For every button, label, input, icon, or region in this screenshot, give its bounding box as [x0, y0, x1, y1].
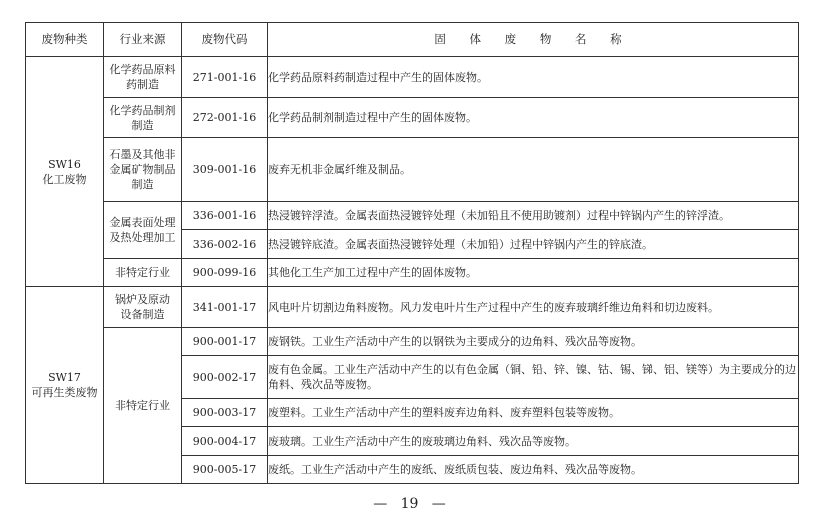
industry-label: 石墨及其他非金属矿物制品制造 [104, 147, 181, 192]
table-header-row: 废物种类 行业来源 废物代码 固 体 废 物 名 称 [26, 23, 799, 57]
table-row: 金属表面处理及热处理加工 336-001-16 热浸镀锌浮渣。金属表面热浸镀锌处… [26, 202, 799, 230]
waste-code: 900-099-16 [182, 259, 268, 287]
waste-code: 309-001-16 [182, 138, 268, 202]
page-dash-left: — [373, 496, 387, 512]
waste-code: 336-001-16 [182, 202, 268, 230]
industry-cell: 化学药品原料药制造 [104, 57, 182, 98]
header-waste-category: 废物种类 [26, 23, 104, 57]
category-cell-sw17: SW17 可再生类废物 [26, 287, 104, 484]
waste-name: 热浸镀锌浮渣。金属表面热浸镀锌处理（未加铅且不使用助镀剂）过程中锌锅内产生的锌浮… [268, 202, 799, 230]
table-row: 非特定行业 900-099-16 其他化工生产加工过程中产生的固体废物。 [26, 259, 799, 287]
industry-label: 化学药品制剂制造 [104, 103, 181, 133]
waste-code: 272-001-16 [182, 98, 268, 138]
waste-code: 900-003-17 [182, 399, 268, 427]
table-row: SW16 化工废物 化学药品原料药制造 271-001-16 化学药品原料药制造… [26, 57, 799, 98]
waste-name: 风电叶片切割边角料废物。风力发电叶片生产过程中产生的废弃玻璃纤维边角料和切边废料… [268, 287, 799, 328]
waste-name: 废玻璃。工业生产活动中产生的废玻璃边角料、残次品等废物。 [268, 427, 799, 456]
waste-code: 336-002-16 [182, 230, 268, 259]
waste-code: 271-001-16 [182, 57, 268, 98]
waste-name: 废弃无机非金属纤维及制品。 [268, 138, 799, 202]
industry-cell: 非特定行业 [104, 259, 182, 287]
page-dash-right: — [432, 496, 446, 512]
table-row: SW17 可再生类废物 锅炉及原动设备制造 341-001-17 风电叶片切割边… [26, 287, 799, 328]
waste-name: 废钢铁。工业生产活动中产生的以钢铁为主要成分的边角料、残次品等废物。 [268, 328, 799, 356]
table-row: 化学药品制剂制造 272-001-16 化学药品制剂制造过程中产生的固体废物。 [26, 98, 799, 138]
industry-cell: 金属表面处理及热处理加工 [104, 202, 182, 259]
industry-label: 金属表面处理及热处理加工 [104, 215, 181, 245]
industry-cell: 化学药品制剂制造 [104, 98, 182, 138]
industry-label: 锅炉及原动设备制造 [104, 292, 181, 322]
page-number-value: 19 [401, 496, 419, 512]
industry-label: 非特定行业 [104, 265, 181, 280]
waste-classification-table: 废物种类 行业来源 废物代码 固 体 废 物 名 称 SW16 化工废物 化学药… [25, 22, 799, 484]
waste-name: 废有色金属。工业生产活动中产生的以有色金属（铜、铅、锌、镍、钴、锡、锑、铝、镁等… [268, 356, 799, 399]
industry-cell: 石墨及其他非金属矿物制品制造 [104, 138, 182, 202]
category-name: 可再生类废物 [26, 385, 103, 400]
category-code: SW16 [26, 157, 103, 172]
industry-cell: 非特定行业 [104, 328, 182, 484]
header-industry-source: 行业来源 [104, 23, 182, 57]
page-number: — 19 — [0, 496, 819, 512]
waste-name: 其他化工生产加工过程中产生的固体废物。 [268, 259, 799, 287]
industry-cell: 锅炉及原动设备制造 [104, 287, 182, 328]
category-cell-sw16: SW16 化工废物 [26, 57, 104, 287]
waste-name: 化学药品原料药制造过程中产生的固体废物。 [268, 57, 799, 98]
waste-name: 废塑料。工业生产活动中产生的塑料废弃边角料、废弃塑料包装等废物。 [268, 399, 799, 427]
table-row: 石墨及其他非金属矿物制品制造 309-001-16 废弃无机非金属纤维及制品。 [26, 138, 799, 202]
category-name: 化工废物 [26, 172, 103, 187]
header-solid-waste-name: 固 体 废 物 名 称 [268, 23, 799, 57]
table-row: 非特定行业 900-001-17 废钢铁。工业生产活动中产生的以钢铁为主要成分的… [26, 328, 799, 356]
waste-name: 化学药品制剂制造过程中产生的固体废物。 [268, 98, 799, 138]
waste-code: 900-001-17 [182, 328, 268, 356]
header-waste-code: 废物代码 [182, 23, 268, 57]
category-code: SW17 [26, 370, 103, 385]
waste-name: 废纸。工业生产活动中产生的废纸、废纸质包装、废边角料、残次品等废物。 [268, 456, 799, 484]
waste-code: 900-005-17 [182, 456, 268, 484]
industry-label: 化学药品原料药制造 [104, 62, 181, 92]
waste-code: 341-001-17 [182, 287, 268, 328]
waste-name: 热浸镀锌底渣。金属表面热浸镀锌处理（未加铅）过程中锌锅内产生的锌底渣。 [268, 230, 799, 259]
industry-label: 非特定行业 [104, 398, 181, 413]
waste-code: 900-004-17 [182, 427, 268, 456]
waste-code: 900-002-17 [182, 356, 268, 399]
